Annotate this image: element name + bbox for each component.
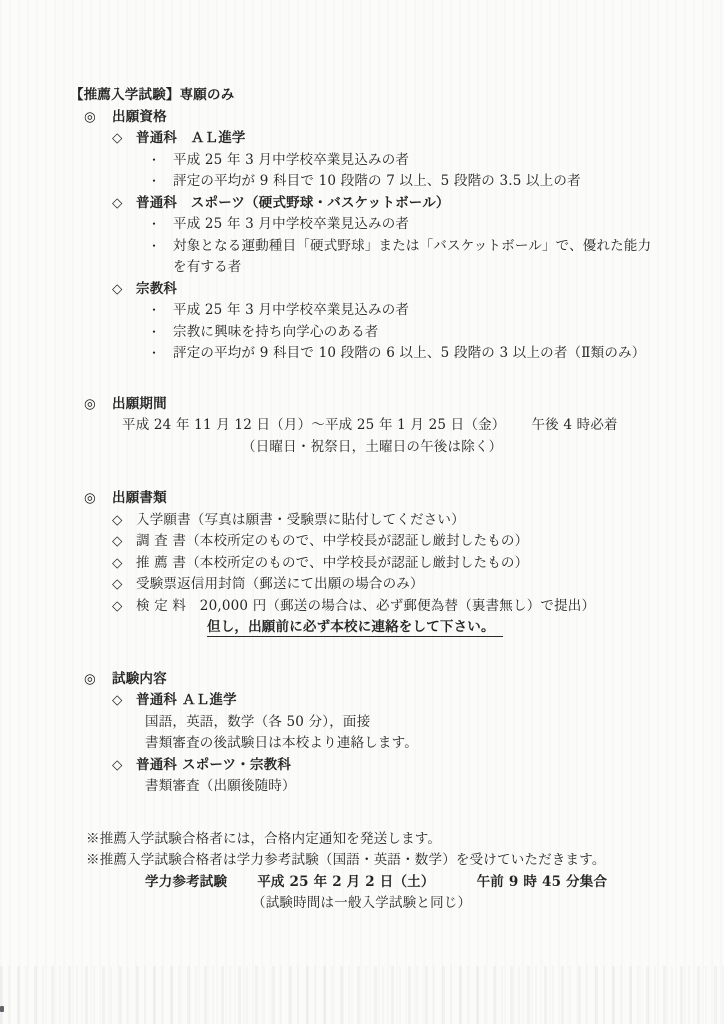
section-documents: ◎ 出願書類 ◇ 入学願書（写真は願書・受験票に貼付してください） ◇ 調 査 … [0, 488, 724, 639]
double-circle-marker-icon: ◎ [84, 394, 112, 416]
period-heading: 出願期間 [112, 394, 167, 416]
eligibility-heading: 出願資格 [112, 107, 167, 129]
bullet-marker-icon: ・ [148, 300, 173, 322]
exam-detail-line: 書類審査（出願後随時） [145, 776, 724, 798]
exam-heading: 試験内容 [112, 669, 167, 691]
exam-group-heading: ◇ 普通科 ＡＬ進学 [112, 690, 724, 712]
list-item-text: 平成 25 年 3 月中学校卒業見込みの者 [173, 300, 409, 322]
diamond-marker-icon: ◇ [112, 755, 136, 777]
list-item-text: 対象となる運動種目「硬式野球」または「バスケットボール」で、優れた能力を有する者 [173, 236, 663, 279]
document-item-text: 推 薦 書（本校所定のもので、中学校長が認証し厳封したもの） [136, 553, 528, 575]
doc-title: 【推薦入学試験】専願のみ [70, 85, 724, 107]
group-name: 普通科 ＡＬ進学 [136, 128, 246, 150]
reference-exam-line: 学力参考試験 平成 25 年 2 月 2 日（土） 午前 9 時 45 分集合 [145, 872, 724, 894]
exam-group-name: 普通科 スポーツ・宗教科 [136, 755, 291, 777]
reference-exam-time: 午前 9 時 45 分集合 [477, 872, 608, 894]
bullet-marker-icon: ・ [148, 236, 173, 258]
document-item: ◇ 推 薦 書（本校所定のもので、中学校長が認証し厳封したもの） [112, 553, 724, 575]
period-deadline: 午後 4 時必着 [531, 415, 617, 437]
diamond-marker-icon: ◇ [112, 193, 136, 215]
document-item-text: 受験票返信用封筒（郵送にて出願の場合のみ） [136, 574, 424, 596]
scan-noise-band [0, 966, 724, 1024]
list-item-text: 平成 25 年 3 月中学校卒業見込みの者 [173, 214, 409, 236]
document-item: ◇ 検 定 料 20,000 円（郵送の場合は、必ず郵便為替（裏書無し）で提出） [112, 596, 724, 618]
document-page: 【推薦入学試験】専願のみ ◎ 出願資格 ◇ 普通科 ＡＬ進学 ・ 平成 25 年… [0, 0, 724, 1024]
list-item-text: 評定の平均が 9 科目で 10 段階の 6 以上、5 段階の 3 以上の者（Ⅱ類… [173, 343, 645, 365]
document-item-text: 入学願書（写真は願書・受験票に貼付してください） [136, 510, 465, 532]
list-item-text: 評定の平均が 9 科目で 10 段階の 7 以上、5 段階の 3.5 以上の者 [173, 171, 581, 193]
scan-artifact [0, 1006, 4, 1012]
bullet-marker-icon: ・ [148, 322, 173, 344]
list-item: ・ 評定の平均が 9 科目で 10 段階の 6 以上、5 段階の 3 以上の者（… [148, 343, 724, 365]
diamond-marker-icon: ◇ [112, 279, 136, 301]
double-circle-marker-icon: ◎ [84, 107, 112, 129]
group-name: 普通科 スポーツ（硬式野球・バスケットボール） [136, 193, 450, 215]
list-item: ・ 平成 25 年 3 月中学校卒業見込みの者 [148, 150, 724, 172]
double-circle-marker-icon: ◎ [84, 488, 112, 510]
bullet-marker-icon: ・ [148, 171, 173, 193]
document-item: ◇ 入学願書（写真は願書・受験票に貼付してください） [112, 510, 724, 532]
list-item: ・ 対象となる運動種目「硬式野球」または「バスケットボール」で、優れた能力を有す… [148, 236, 724, 279]
document-item-text: 検 定 料 20,000 円（郵送の場合は、必ず郵便為替（裏書無し）で提出） [136, 596, 595, 618]
note-line: ※推薦入学試験合格者は学力参考試験（国語・英語・数学）を受けていただきます。 [86, 850, 724, 872]
eligibility-group-heading: ◇ 普通科 スポーツ（硬式野球・バスケットボール） [112, 193, 724, 215]
eligibility-heading-row: ◎ 出願資格 [84, 107, 724, 129]
period-range-line: 平成 24 年 11 月 12 日（月）～平成 25 年 1 月 25 日（金）… [122, 415, 724, 437]
section-notes: ※推薦入学試験合格者には，合格内定通知を発送します。 ※推薦入学試験合格者は学力… [0, 829, 724, 915]
list-item: ・ 平成 25 年 3 月中学校卒業見込みの者 [148, 300, 724, 322]
reference-exam-label: 学力参考試験 [145, 872, 227, 894]
document-item: ◇ 調 査 書（本校所定のもので、中学校長が認証し厳封したもの） [112, 531, 724, 553]
section-exam: ◎ 試験内容 ◇ 普通科 ＡＬ進学 国語，英語，数学（各 50 分），面接 書類… [0, 669, 724, 798]
section-period: ◎ 出願期間 平成 24 年 11 月 12 日（月）～平成 25 年 1 月 … [0, 394, 724, 459]
eligibility-group-heading: ◇ 宗教科 [112, 279, 724, 301]
document-item: ◇ 受験票返信用封筒（郵送にて出願の場合のみ） [112, 574, 724, 596]
period-range: 平成 24 年 11 月 12 日（月）～平成 25 年 1 月 25 日（金） [122, 415, 505, 437]
section-eligibility: ◎ 出願資格 ◇ 普通科 ＡＬ進学 ・ 平成 25 年 3 月中学校卒業見込みの… [0, 107, 724, 365]
exam-heading-row: ◎ 試験内容 [84, 669, 724, 691]
documents-heading-row: ◎ 出願書類 [84, 488, 724, 510]
list-item: ・ 平成 25 年 3 月中学校卒業見込みの者 [148, 214, 724, 236]
diamond-marker-icon: ◇ [112, 553, 136, 575]
bullet-marker-icon: ・ [148, 150, 173, 172]
reference-exam-note: （試験時間は一般入学試験と同じ） [252, 893, 724, 915]
diamond-marker-icon: ◇ [112, 574, 136, 596]
period-heading-row: ◎ 出願期間 [84, 394, 724, 416]
list-item-text: 平成 25 年 3 月中学校卒業見込みの者 [173, 150, 409, 172]
exam-group-heading: ◇ 普通科 スポーツ・宗教科 [112, 755, 724, 777]
reference-exam-date: 平成 25 年 2 月 2 日（土） [257, 872, 434, 894]
exam-detail-line: 国語，英語，数学（各 50 分），面接 [145, 712, 724, 734]
diamond-marker-icon: ◇ [112, 510, 136, 532]
document-content: 【推薦入学試験】専願のみ ◎ 出願資格 ◇ 普通科 ＡＬ進学 ・ 平成 25 年… [0, 85, 724, 915]
list-item: ・ 評定の平均が 9 科目で 10 段階の 7 以上、5 段階の 3.5 以上の… [148, 171, 724, 193]
list-item: ・ 宗教に興味を持ち向学心のある者 [148, 322, 724, 344]
diamond-marker-icon: ◇ [112, 128, 136, 150]
double-circle-marker-icon: ◎ [84, 669, 112, 691]
period-note: （日曜日・祝祭日，土曜日の午後は除く） [242, 437, 724, 459]
exam-detail-line: 書類審査の後試験日は本校より連絡します。 [145, 733, 724, 755]
document-item-text: 調 査 書（本校所定のもので、中学校長が認証し厳封したもの） [136, 531, 528, 553]
note-line: ※推薦入学試験合格者には，合格内定通知を発送します。 [86, 829, 724, 851]
bullet-marker-icon: ・ [148, 343, 173, 365]
documents-heading: 出願書類 [112, 488, 167, 510]
diamond-marker-icon: ◇ [112, 596, 136, 618]
diamond-marker-icon: ◇ [112, 531, 136, 553]
documents-warning: 但し，出願前に必ず本校に連絡をして下さい。 [207, 619, 503, 637]
list-item-text: 宗教に興味を持ち向学心のある者 [173, 322, 379, 344]
group-name: 宗教科 [136, 279, 177, 301]
diamond-marker-icon: ◇ [112, 690, 136, 712]
bullet-marker-icon: ・ [148, 214, 173, 236]
documents-warning-line: 但し，出願前に必ず本校に連絡をして下さい。 [207, 617, 724, 639]
eligibility-group-heading: ◇ 普通科 ＡＬ進学 [112, 128, 724, 150]
exam-group-name: 普通科 ＡＬ進学 [136, 690, 237, 712]
